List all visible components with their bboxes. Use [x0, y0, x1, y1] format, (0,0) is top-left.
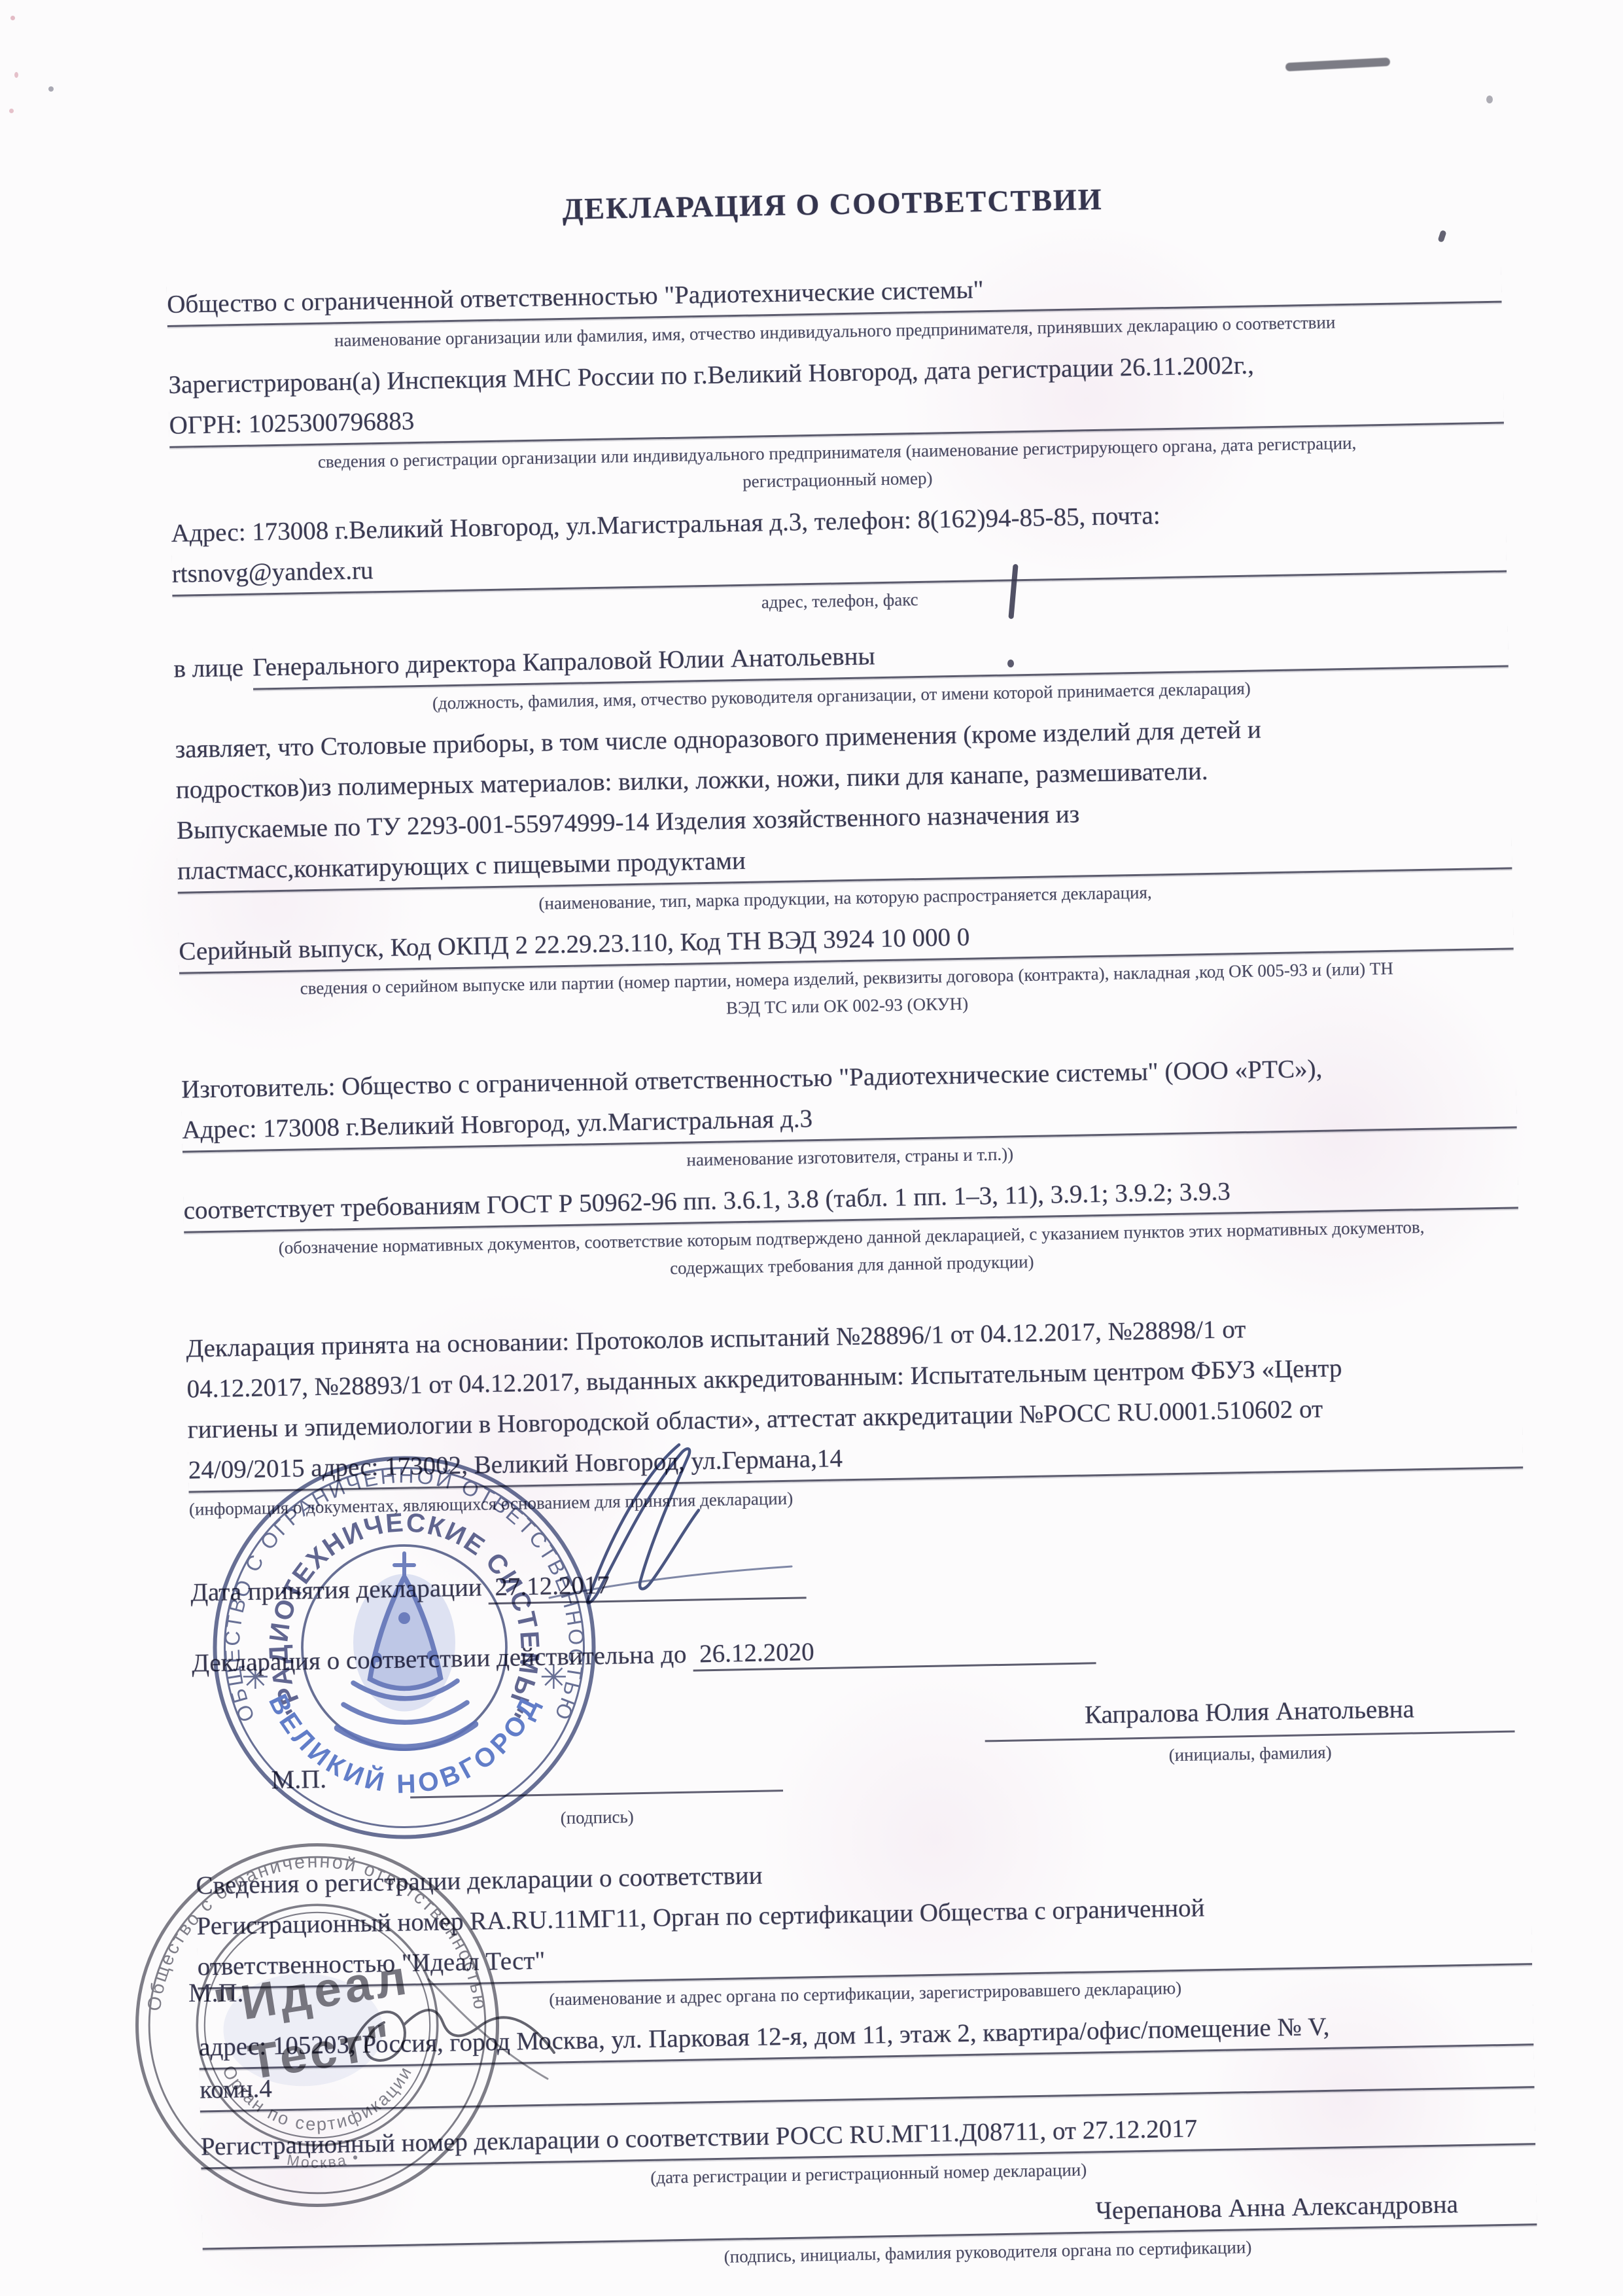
- acceptance-date-value: 27.12.2017: [488, 1567, 806, 1604]
- document-title: ДЕКЛАРАЦИЯ О СООТВЕТСТВИИ: [165, 175, 1500, 234]
- director-full-name: Капралова Юлия Анатольевна: [984, 1687, 1514, 1742]
- director-signature-block: М.П. (подпись) Капралова Юлия Анатольевн…: [192, 1659, 1530, 1865]
- director-name-block: Капралова Юлия Анатольевна (инициалы, фа…: [984, 1687, 1515, 1780]
- document-body: ДЕКЛАРАЦИЯ О СООТВЕТСТВИИ Общество с огр…: [165, 164, 1537, 2288]
- scan-artifact-dot: [48, 86, 54, 92]
- scan-artifact-dash: [1285, 58, 1390, 71]
- signature-caption: (подпись): [456, 1801, 738, 1833]
- valid-until-label: Декларация о соответствии действительна …: [192, 1640, 687, 1678]
- seal-place-label: М.П.: [271, 1759, 327, 1801]
- scanned-declaration-page: ДЕКЛАРАЦИЯ О СООТВЕТСТВИИ Общество с огр…: [0, 0, 1623, 2296]
- scan-artifact-dot: [1486, 96, 1493, 103]
- acceptance-date-label: Дата принятия декларации: [190, 1573, 482, 1606]
- valid-until-value: 26.12.2020: [693, 1633, 1096, 1671]
- scan-artifact-dot: [14, 72, 18, 78]
- director-line-prefix: в лице: [173, 648, 253, 692]
- scan-artifact-dot: [10, 16, 15, 20]
- signature-rule: [410, 1790, 783, 1798]
- scan-artifact-dot: [9, 109, 14, 113]
